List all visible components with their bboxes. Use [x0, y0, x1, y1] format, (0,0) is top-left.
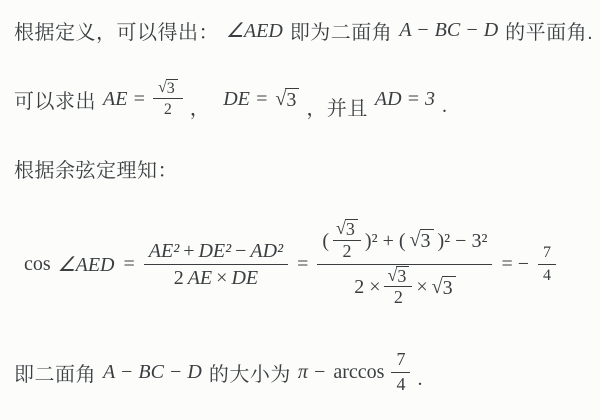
punctuation-period: .: [442, 95, 447, 118]
punctuation-comma-text: ，并且: [306, 92, 368, 121]
sqrt-radical: √ 3: [410, 229, 434, 252]
math-term: AE²: [149, 239, 179, 263]
equals-sign: =: [123, 253, 134, 276]
fraction-numerator: √ 3: [153, 78, 183, 99]
radicand: 3: [396, 266, 409, 287]
fraction-denominator: 2: [384, 286, 412, 309]
equals-sign: =: [297, 253, 308, 276]
radicand: 3: [420, 229, 434, 252]
radicand: 3: [345, 219, 358, 240]
fraction-numerator: √ 3: [384, 266, 412, 287]
punctuation-comma: ，: [190, 92, 211, 121]
plus-operator: +: [183, 239, 194, 263]
conclusion-statement: 即二面角 A − BC − D 的大小为 π − arccos 7 4 .: [14, 346, 422, 398]
radicand: 3: [442, 276, 456, 299]
statement-law-of-cosines: 根据余弦定理知：: [14, 153, 178, 183]
minus-operator: −: [235, 239, 246, 263]
times-operator: ×: [416, 275, 427, 299]
sqrt-radical: √ 3: [387, 266, 409, 287]
statement-plane-angle: 根据定义，可以得出： ∠AED 即为二面角 A − BC − D 的平面角.: [14, 15, 593, 45]
math-term: DE²: [198, 239, 231, 263]
fraction-numerator: 7: [538, 242, 556, 263]
text-segment: 根据余弦定理知：: [14, 154, 178, 183]
fraction-7-over-4: 7 4: [391, 348, 410, 396]
sqrt-radical: √ 3: [432, 276, 456, 299]
fraction-sqrt3-over-2: √ 3 2: [153, 78, 183, 121]
fraction-denominator: 2 AE × DE: [144, 264, 288, 291]
math-pi-minus: π −: [298, 361, 327, 384]
fraction-numerator: 7: [391, 348, 410, 372]
fraction-denominator: 2 × √ 3 2 × √ 3: [317, 264, 492, 310]
coefficient: 2: [174, 266, 184, 290]
text-segment: 根据定义，可以得出：: [14, 16, 219, 45]
fraction-sqrt3-over-2: √ 3 2: [333, 219, 361, 262]
punctuation-period: .: [417, 368, 422, 391]
fraction-substituted: ( √ 3 2 )² + ( √ 3 )² − 3²: [317, 218, 492, 310]
sqrt-radical: √ 3: [275, 88, 299, 111]
open-paren: (: [322, 229, 329, 253]
math-cos: cos: [24, 253, 51, 276]
math-dihedral-abcd: A − BC − D: [103, 361, 202, 384]
fraction-denominator: 2: [333, 240, 361, 263]
math-ae-equals: AE =: [103, 88, 146, 111]
math-de-equals: DE =: [223, 88, 268, 111]
fraction-numerator: ( √ 3 2 )² + ( √ 3 )² − 3²: [317, 218, 492, 263]
fraction-denominator: 2: [153, 98, 183, 120]
math-segment: )² + (: [365, 229, 406, 253]
math-term: AD²: [250, 239, 283, 263]
text-segment: 的平面角.: [505, 16, 593, 45]
math-ad-equals: AD = 3: [375, 88, 435, 111]
text-segment: 即二面角: [14, 358, 96, 387]
math-angle-aed: ∠AED: [226, 18, 283, 43]
times-operator: ×: [216, 266, 227, 290]
sqrt-radical: √ 3: [158, 79, 178, 98]
math-dihedral-abcd: A − BC − D: [399, 19, 498, 42]
math-segment: )² − 3²: [438, 229, 488, 253]
fraction-cosine-law: AE² + DE² − AD² 2 AE × DE: [144, 238, 288, 291]
math-angle-aed: ∠AED: [58, 252, 115, 277]
math-term: AE: [188, 266, 212, 290]
text-segment: 即为二面角: [290, 16, 393, 45]
fraction-denominator: 4: [538, 264, 556, 286]
radicand: 3: [285, 88, 299, 111]
text-segment: 可以求出: [14, 85, 96, 114]
math-segment: 2 ×: [354, 275, 380, 299]
fraction-sqrt3-over-2: √ 3 2: [384, 266, 412, 309]
text-segment: 的大小为: [209, 358, 291, 387]
math-term: DE: [231, 266, 258, 290]
cosine-formula: cos ∠AED = AE² + DE² − AD² 2 AE × DE = (: [24, 200, 556, 328]
fraction-result: 7 4: [538, 242, 556, 285]
equals-minus-sign: = −: [501, 253, 529, 276]
fraction-denominator: 4: [391, 372, 410, 397]
sqrt-radical: √ 3: [336, 219, 358, 240]
fraction-numerator: √ 3: [333, 219, 361, 240]
statement-side-lengths: 可以求出 AE = √ 3 2 ， DE = √ 3 ，并且 AD = 3 .: [14, 68, 447, 130]
radicand: 3: [166, 79, 178, 98]
page: { "colors": { "background": "#fcfcfb", "…: [0, 0, 600, 420]
fraction-numerator: AE² + DE² − AD²: [144, 238, 288, 264]
math-arccos: arccos: [333, 361, 384, 384]
